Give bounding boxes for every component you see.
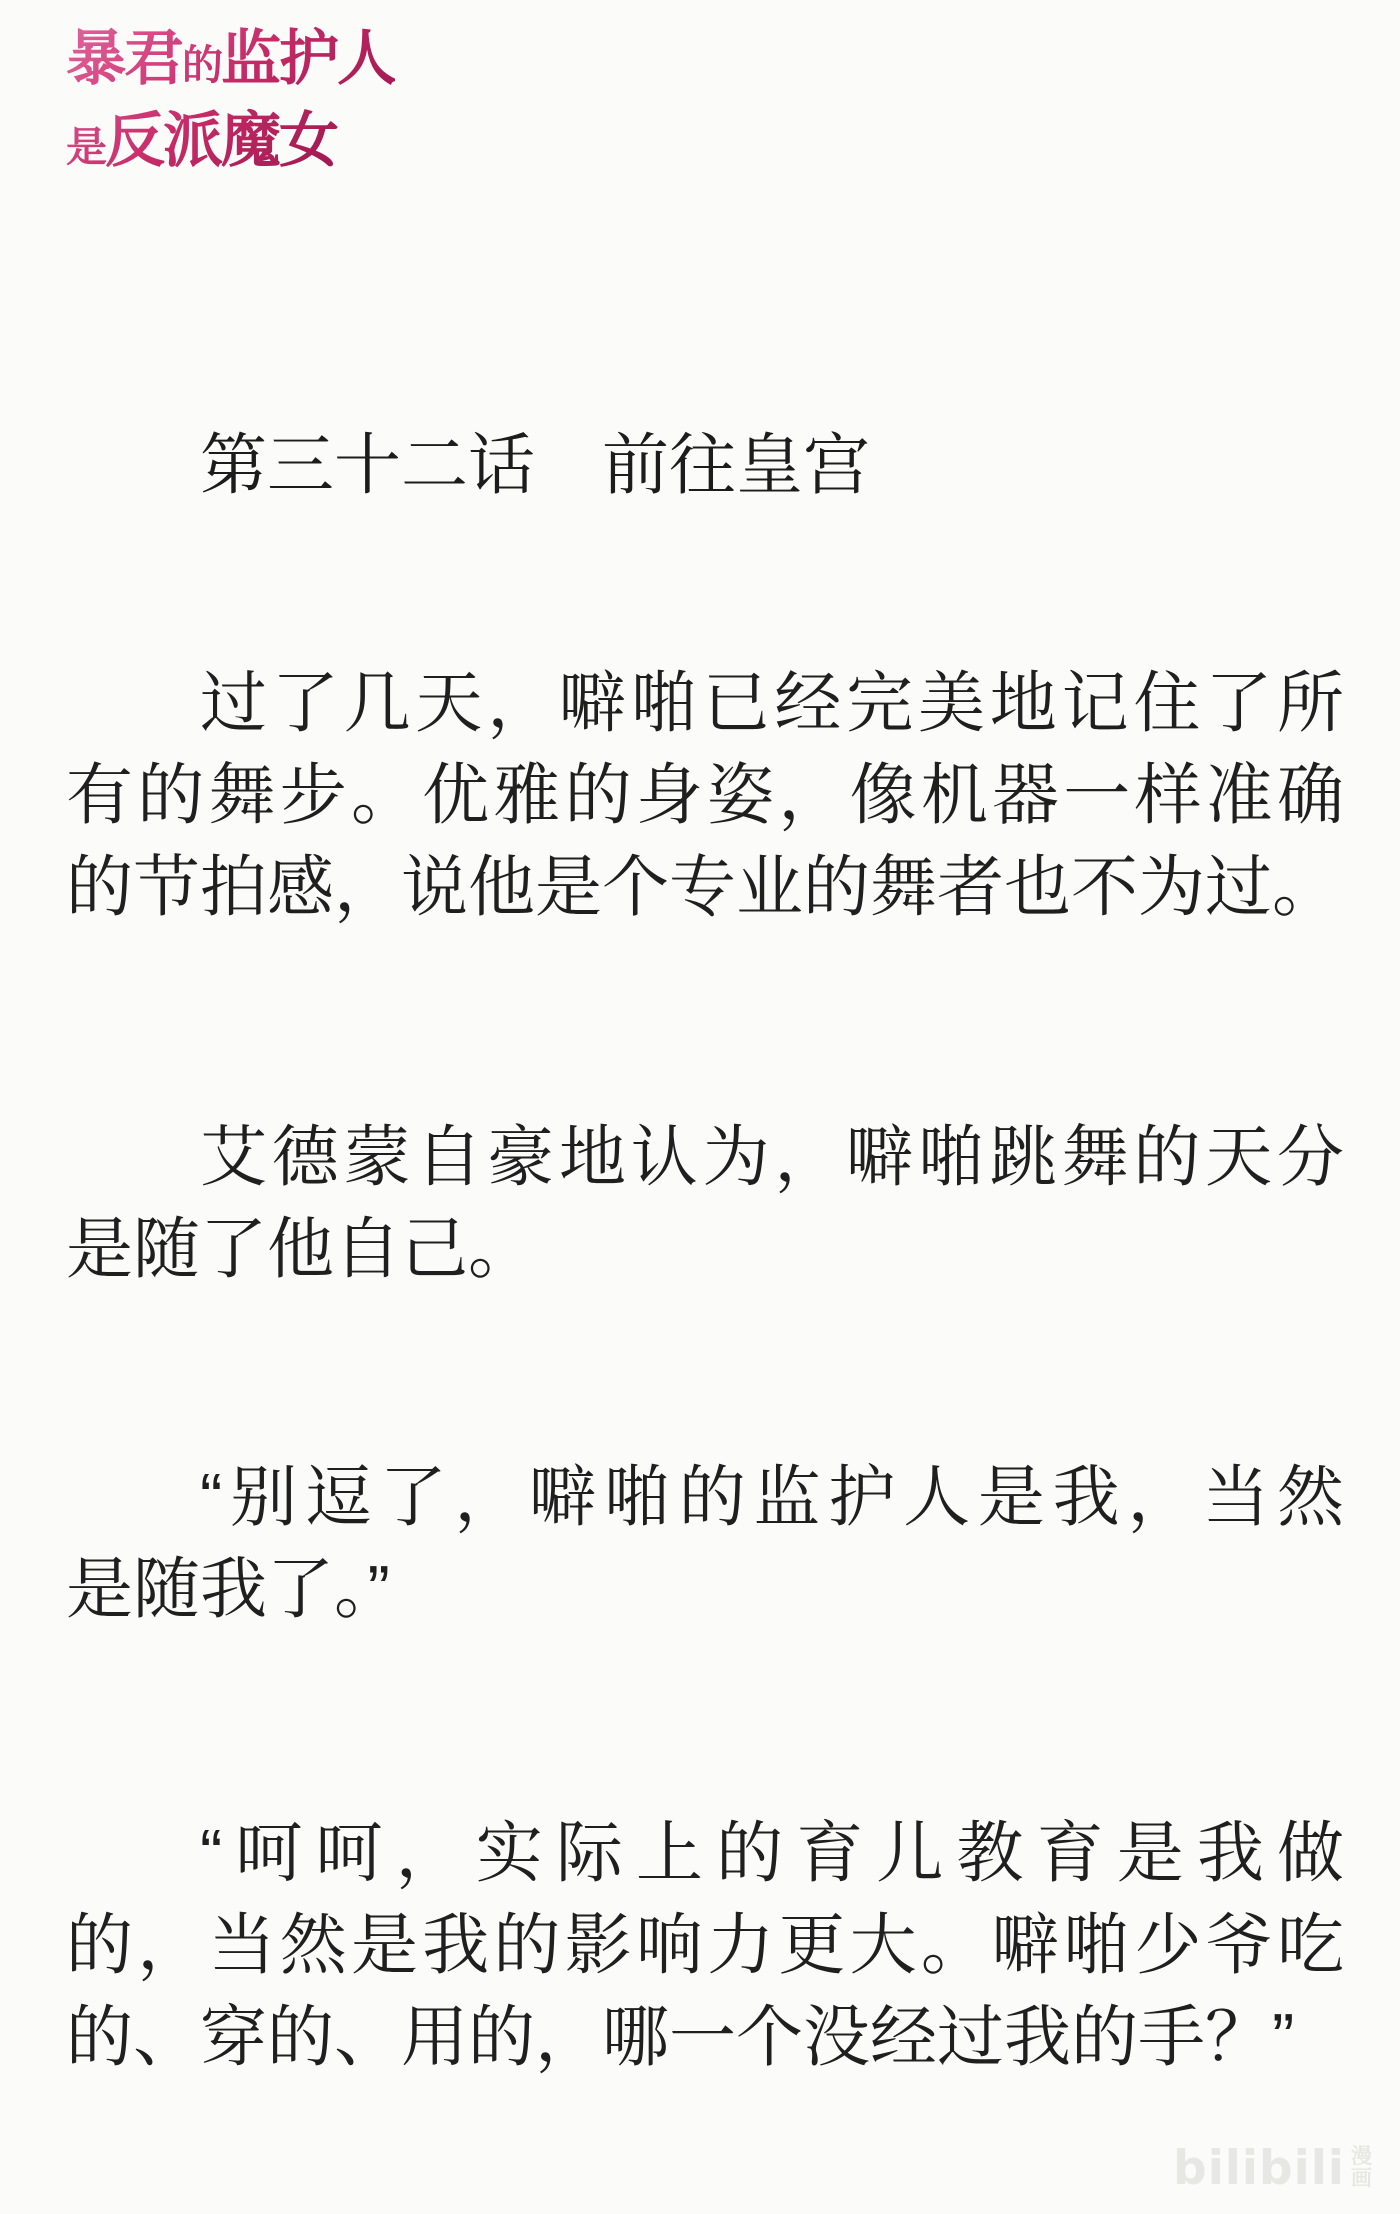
paragraph-3-line-1: “别逗了，噼啪的监护人是我，当然 <box>66 1452 1344 1544</box>
bilibili-watermark: bilibili 漫 画 <box>1173 2145 1372 2192</box>
paragraph-4: “呵呵，实际上的育儿教育是我做 的，当然是我的影响力更大。噼啪少爷吃 的、穿的、… <box>66 1808 1344 2084</box>
series-logo: 暴君的监护人 是反派魔女 <box>66 26 395 190</box>
logo-line2: 是反派魔女 <box>66 108 395 190</box>
paragraph-3-line-2: 是随我了。” <box>66 1544 1344 1636</box>
novel-reader-page: 暴君的监护人 是反派魔女 第三十二话 前往皇宫 过了几天，噼啪已经完美地记住了所… <box>0 0 1400 2214</box>
paragraph-1-line-3: 的节拍感，说他是个专业的舞者也不为过。 <box>66 842 1344 934</box>
logo-line2-particle: 是 <box>66 124 105 170</box>
paragraph-2-line-1: 艾德蒙自豪地认为，噼啪跳舞的天分 <box>66 1112 1344 1204</box>
logo-line1-main-right: 监护人 <box>221 26 395 92</box>
watermark-manga-label: 漫 画 <box>1351 2146 1372 2192</box>
bilibili-logo: bilibili <box>1173 2145 1345 2192</box>
logo-line1-main-left: 暴君 <box>66 26 182 92</box>
watermark-manga-char1: 漫 <box>1351 2146 1372 2168</box>
logo-line1: 暴君的监护人 <box>66 26 395 108</box>
chapter-title: 第三十二话 前往皇宫 <box>66 420 1344 512</box>
paragraph-1-line-1: 过了几天，噼啪已经完美地记住了所 <box>66 658 1344 750</box>
watermark-manga-char2: 画 <box>1351 2168 1372 2190</box>
paragraph-3: “别逗了，噼啪的监护人是我，当然 是随我了。” <box>66 1452 1344 1636</box>
logo-line1-particle: 的 <box>182 42 221 88</box>
paragraph-1: 过了几天，噼啪已经完美地记住了所 有的舞步。优雅的身姿，像机器一样准确 的节拍感… <box>66 658 1344 934</box>
paragraph-4-line-1: “呵呵，实际上的育儿教育是我做 <box>66 1808 1344 1900</box>
paragraph-4-line-3: 的、穿的、用的，哪一个没经过我的手？” <box>66 1992 1344 2084</box>
paragraph-2-line-2: 是随了他自己。 <box>66 1204 1344 1296</box>
logo-line2-main: 反派魔女 <box>105 108 337 174</box>
paragraph-4-line-2: 的，当然是我的影响力更大。噼啪少爷吃 <box>66 1900 1344 1992</box>
paragraph-1-line-2: 有的舞步。优雅的身姿，像机器一样准确 <box>66 750 1344 842</box>
paragraph-2: 艾德蒙自豪地认为，噼啪跳舞的天分 是随了他自己。 <box>66 1112 1344 1296</box>
